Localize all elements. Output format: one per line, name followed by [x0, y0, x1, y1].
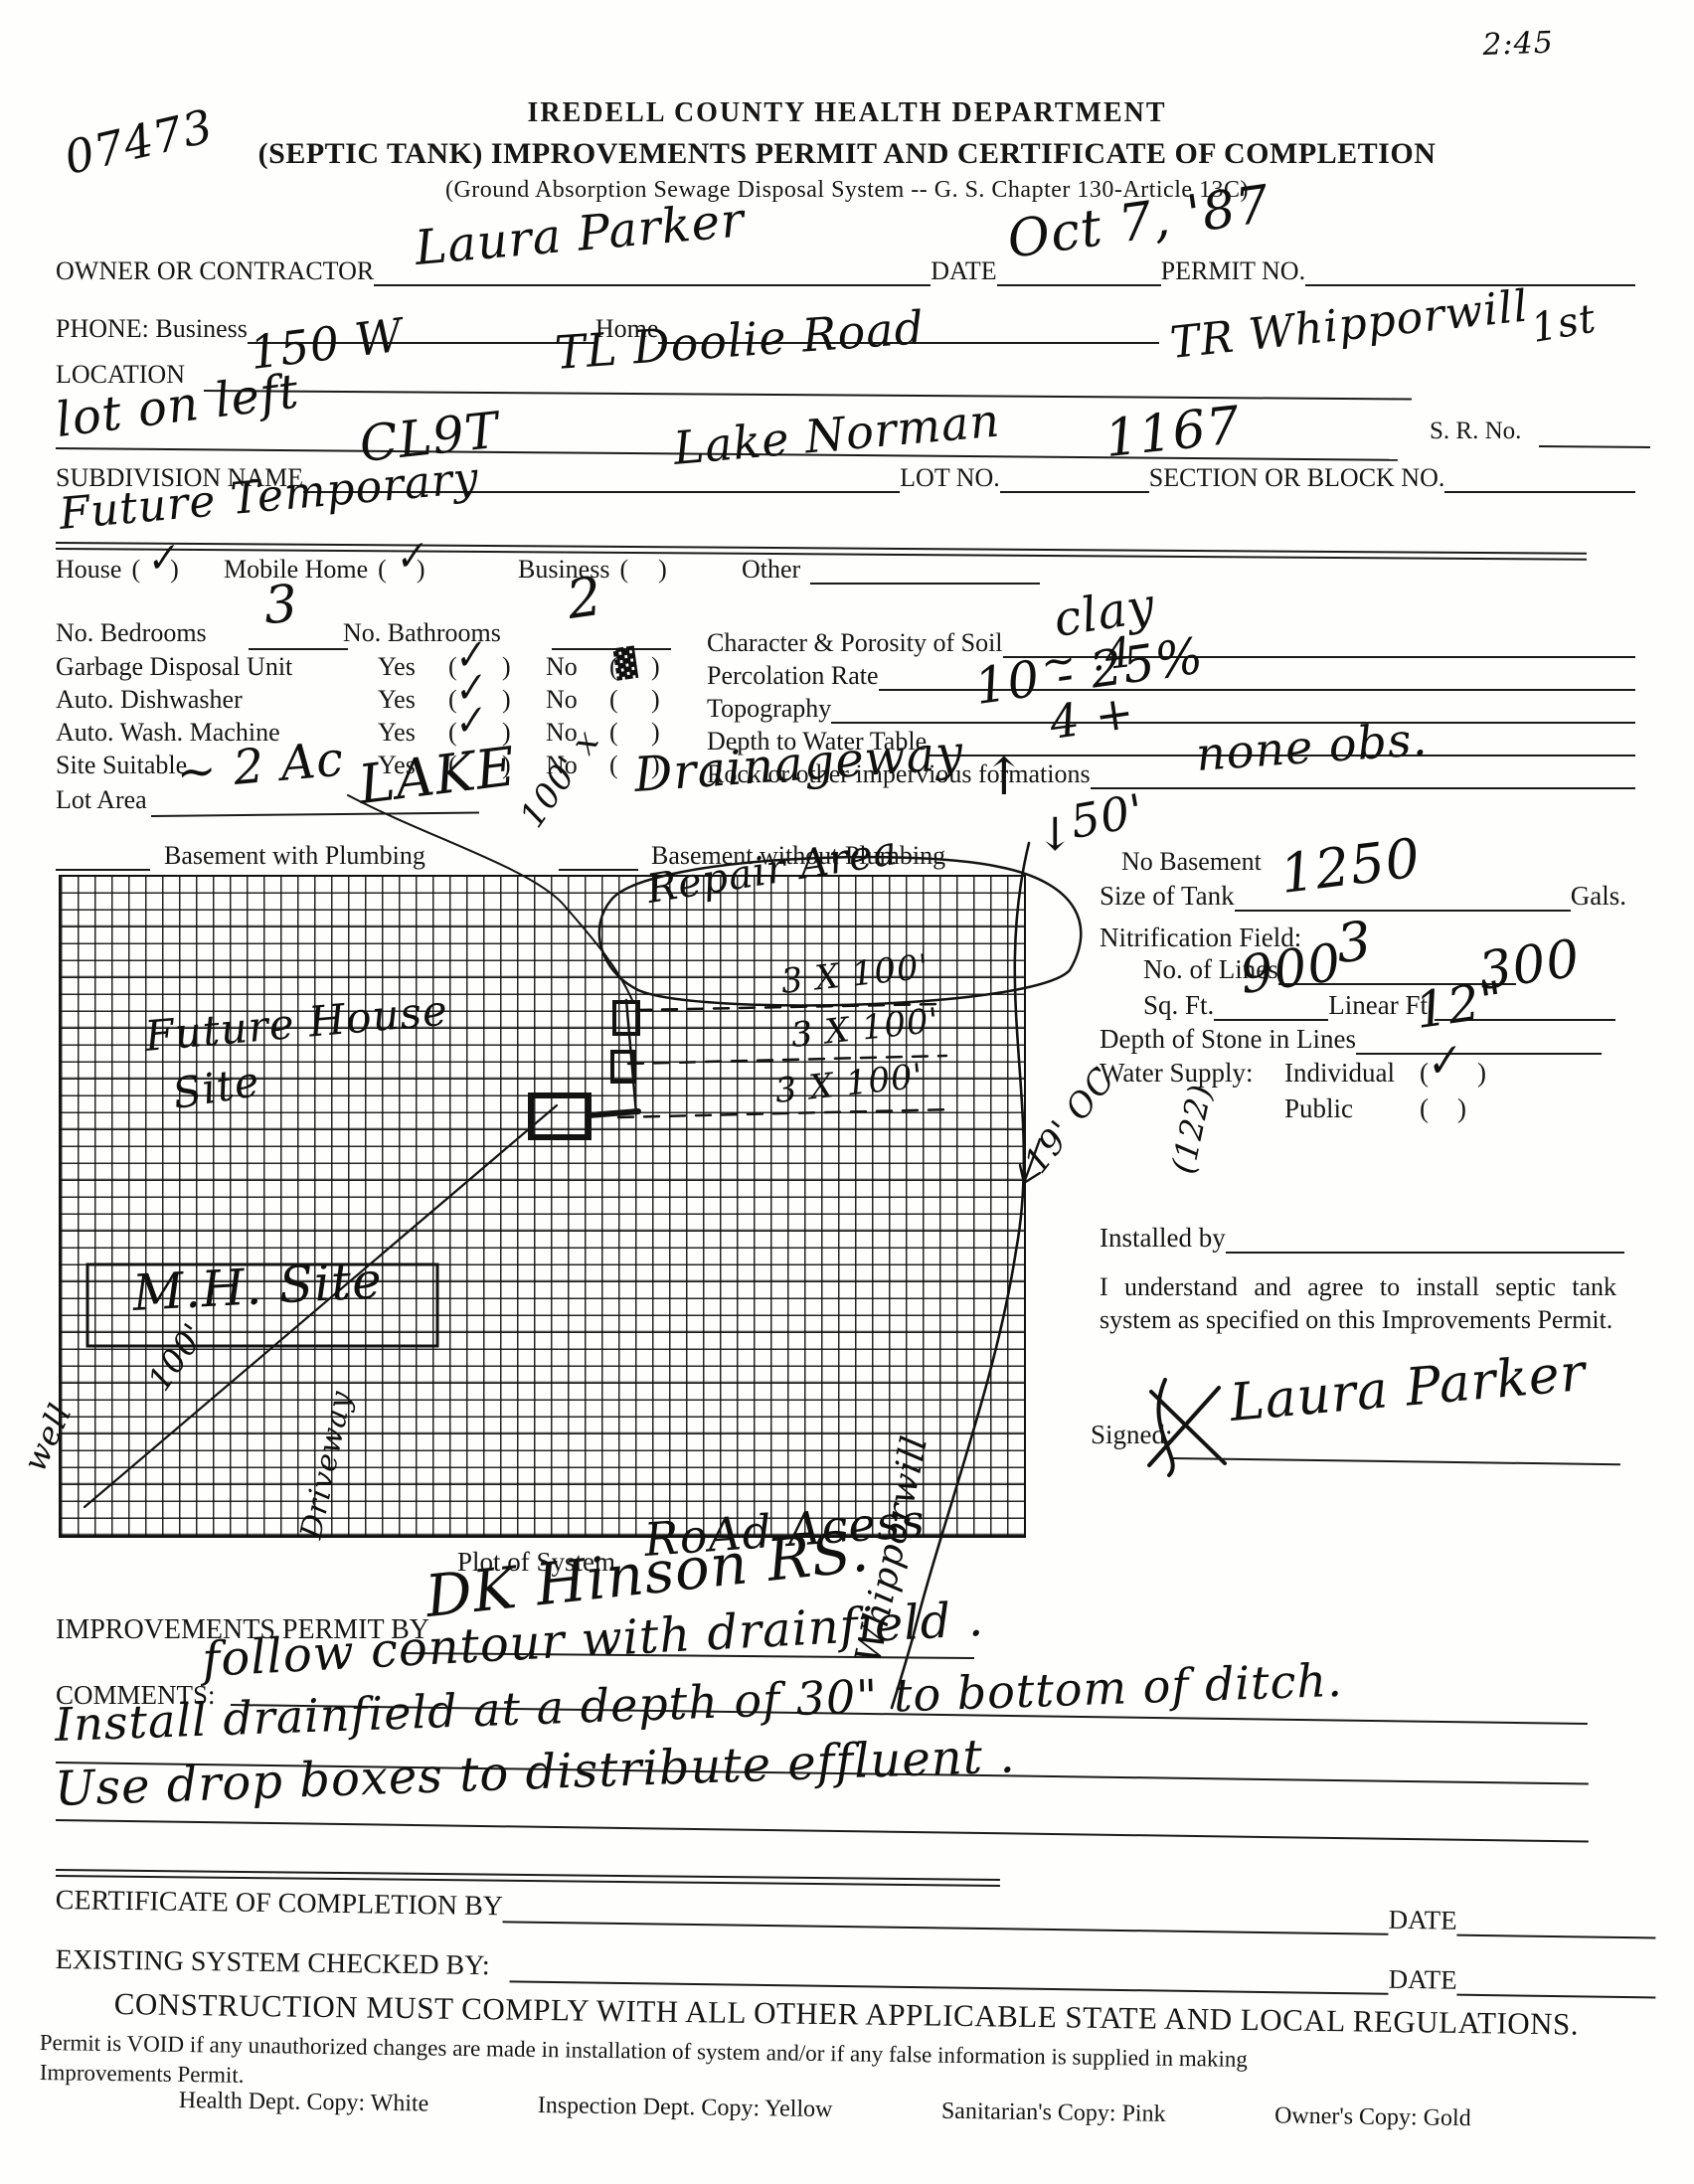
- washer-no-close: ): [651, 718, 660, 748]
- owner-label: OWNER OR CONTRACTOR: [56, 256, 374, 286]
- bedrooms-value: 3: [262, 575, 300, 636]
- dishwasher-no-open: (: [609, 685, 618, 715]
- stone-depth-row: Depth of Stone in Lines: [1100, 1024, 1602, 1055]
- tank-size-label: Size of Tank: [1100, 881, 1235, 912]
- department-title: IREDELL COUNTY HEALTH DEPARTMENT: [0, 97, 1694, 129]
- dishwasher-yes-word: Yes: [378, 685, 416, 715]
- existing-date-label: DATE: [1388, 1964, 1456, 1996]
- bedrooms-label: No. Bedrooms: [56, 618, 207, 648]
- footer-copy-pink: Sanitarian's Copy: Pink: [941, 2099, 1166, 2128]
- dishwasher-no-close: ): [651, 685, 660, 715]
- existing-system-line: [509, 1950, 1388, 1994]
- location-value-3: TR Whipporwill: [1168, 280, 1531, 369]
- line-spacing-note: 19' OC: [1016, 1060, 1122, 1181]
- site-suitable-label: Site Suitable: [56, 751, 187, 780]
- completion-date-line: [1456, 1905, 1655, 1939]
- other-line: [810, 555, 1040, 585]
- existing-date-line: [1456, 1964, 1655, 1999]
- sqft-row: Sq. Ft. Linear Ft.: [1143, 990, 1615, 1021]
- basement-without-blank: [559, 869, 638, 871]
- lot-no-label: LOT NO.: [900, 463, 1000, 493]
- lot-area-line: [151, 812, 479, 817]
- basement-with-label: Basement with Plumbing: [164, 841, 425, 871]
- corner-time-note: 2:45: [1482, 26, 1555, 63]
- location-value-2: TL Doolie Road: [553, 300, 926, 380]
- completion-date-label: DATE: [1388, 1905, 1456, 1936]
- section-block-line: [1444, 463, 1635, 493]
- permit-no-label: PERMIT NO.: [1161, 256, 1305, 286]
- date-label: DATE: [931, 256, 996, 286]
- road-number-note: (122): [1164, 1081, 1220, 1177]
- stone-depth-value: 12": [1412, 970, 1508, 1040]
- public-paren-open: (: [1420, 1093, 1429, 1124]
- basement-with-blank: [56, 869, 150, 871]
- form-title: (SEPTIC TANK) IMPROVEMENTS PERMIT AND CE…: [0, 137, 1694, 171]
- void-note-line2: Improvements Permit.: [40, 2060, 245, 2089]
- dishwasher-yes-close: ): [502, 685, 511, 715]
- dishwasher-no-word: No: [546, 685, 578, 715]
- other-label: Other: [742, 555, 800, 585]
- washer-yes-word: Yes: [378, 718, 416, 748]
- sr-no-line: [1539, 445, 1650, 448]
- setback-distance-note: 50': [1067, 783, 1148, 849]
- comments-line-3: [56, 1819, 1589, 1843]
- sr-no-label: S. R. No.: [1430, 418, 1521, 445]
- garbage-no-close: ): [651, 652, 660, 682]
- bedrooms-line: [249, 648, 348, 650]
- topography-row: Topography: [707, 694, 1635, 724]
- tank-units-label: Gals.: [1571, 881, 1626, 912]
- garbage-label: Garbage Disposal Unit: [56, 652, 292, 682]
- installed-by-line: [1226, 1223, 1624, 1254]
- stone-depth-label: Depth of Stone in Lines: [1100, 1024, 1356, 1055]
- topography-label: Topography: [707, 694, 831, 724]
- phone-business-label: PHONE: Business: [56, 314, 248, 344]
- installed-by-row: Installed by: [1100, 1223, 1624, 1254]
- house-paren-open: (: [131, 555, 140, 585]
- completion-row: CERTIFICATE OF COMPLETION BY DATE: [56, 1885, 1656, 1938]
- footer-copies-row: Health Dept. Copy: White Inspection Dept…: [179, 2088, 1471, 2132]
- business-paren-close: ): [658, 555, 667, 585]
- drainageway-note: Drainageway: [632, 725, 965, 803]
- garbage-yes-close: ): [502, 652, 511, 682]
- agreement-paragraph: I understand and agree to install septic…: [1100, 1270, 1616, 1336]
- existing-system-label: EXISTING SYSTEM CHECKED BY:: [56, 1944, 490, 1982]
- footer-copy-gold: Owner's Copy: Gold: [1274, 2102, 1471, 2132]
- public-label: Public: [1284, 1093, 1353, 1124]
- no-basement-label: No Basement: [1121, 847, 1262, 877]
- footer-copy-yellow: Inspection Dept. Copy: Yellow: [538, 2093, 833, 2123]
- signed-signature: Laura Parker: [1228, 1343, 1589, 1433]
- business-paren-open: (: [619, 555, 628, 585]
- site-no-open: (: [609, 751, 618, 780]
- drainage-arrow-up: ↑: [982, 748, 1027, 807]
- house-label: House: [56, 555, 121, 585]
- dishwasher-label: Auto. Dishwasher: [56, 685, 243, 715]
- signed-label: Signed:: [1091, 1420, 1173, 1450]
- washer-no-open: (: [609, 718, 618, 748]
- bathrooms-line: [552, 648, 671, 650]
- form-statute-subtitle: (Ground Absorption Sewage Disposal Syste…: [0, 177, 1694, 204]
- footer-copy-white: Health Dept. Copy: White: [179, 2088, 429, 2118]
- lot-no-line: [1000, 463, 1149, 493]
- signed-line: [1173, 1457, 1620, 1465]
- soil-character-label: Character & Porosity of Soil: [707, 628, 1003, 658]
- scanned-permit-form: 2:45 07473 IREDELL COUNTY HEALTH DEPARTM…: [0, 0, 1694, 2184]
- dwelling-other-item: Other: [742, 555, 1040, 585]
- percolation-label: Percolation Rate: [707, 661, 879, 691]
- location-value-4: 1st: [1528, 295, 1600, 352]
- public-paren-close: ): [1457, 1093, 1466, 1124]
- garbage-no-word: No: [546, 652, 578, 682]
- mobile-home-paren-open: (: [378, 555, 387, 585]
- garbage-no-scribble: ▓: [612, 645, 639, 681]
- sqft-label: Sq. Ft.: [1143, 990, 1214, 1021]
- individual-label: Individual: [1284, 1058, 1395, 1089]
- completion-label: CERTIFICATE OF COMPLETION BY: [56, 1885, 504, 1923]
- owner-row: OWNER OR CONTRACTOR DATE PERMIT NO.: [56, 256, 1635, 286]
- house-check-mark: ✓: [141, 534, 181, 583]
- individual-paren-close: ): [1477, 1058, 1486, 1089]
- permit-no-line: [1305, 256, 1635, 286]
- completion-line: [503, 1891, 1389, 1934]
- lot-area-label: Lot Area: [56, 785, 147, 815]
- installed-by-label: Installed by: [1100, 1223, 1226, 1254]
- topography-line: [831, 694, 1635, 724]
- section-block-label: SECTION OR BLOCK NO.: [1149, 463, 1445, 493]
- mobile-home-check-mark: ✓: [390, 532, 429, 581]
- garbage-yes-word: Yes: [378, 652, 416, 682]
